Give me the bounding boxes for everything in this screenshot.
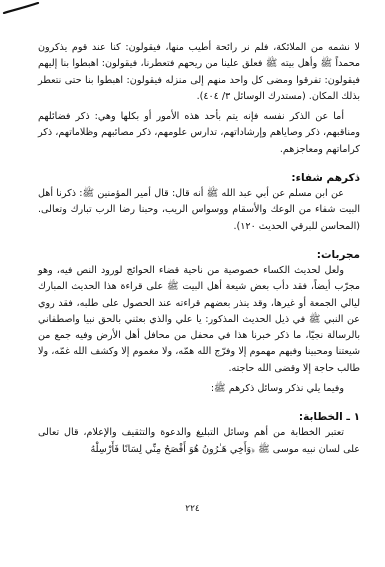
heading-oratory: ١ ـ الخطابة: <box>38 409 360 425</box>
paragraph-angels-narration: لا نشمه من الملائكة، فلم نر رائحة أطيب م… <box>38 40 360 105</box>
paragraph-remembrance-methods: أما عن الذكر نفسه فإنه يتم بأحد هذه الأم… <box>38 109 360 158</box>
heading-remembrance-healing: ذكرهم شفاء: <box>38 170 360 186</box>
heading-tested-practices: مجربات: <box>38 247 360 263</box>
paragraph-healing-hadith: عن ابن مسلم عن أبي عبد الله ﷺ أنه قال: ق… <box>38 186 360 235</box>
pen-stroke-mark-icon <box>2 2 42 14</box>
paragraph-oratory: تعتبر الخطابة من أهم وسائل التبليغ والدع… <box>38 425 360 458</box>
paragraph-kisa-hadith: ولعل لحديث الكساء خصوصية من ناحية قضاء ا… <box>38 263 360 377</box>
page-number: ٢٢٤ <box>0 504 385 514</box>
paragraph-means-intro: وفيما يلي نذكر وسائل ذكرهم ﷺ: <box>38 381 360 397</box>
document-page: لا نشمه من الملائكة، فلم نر رائحة أطيب م… <box>38 40 360 458</box>
